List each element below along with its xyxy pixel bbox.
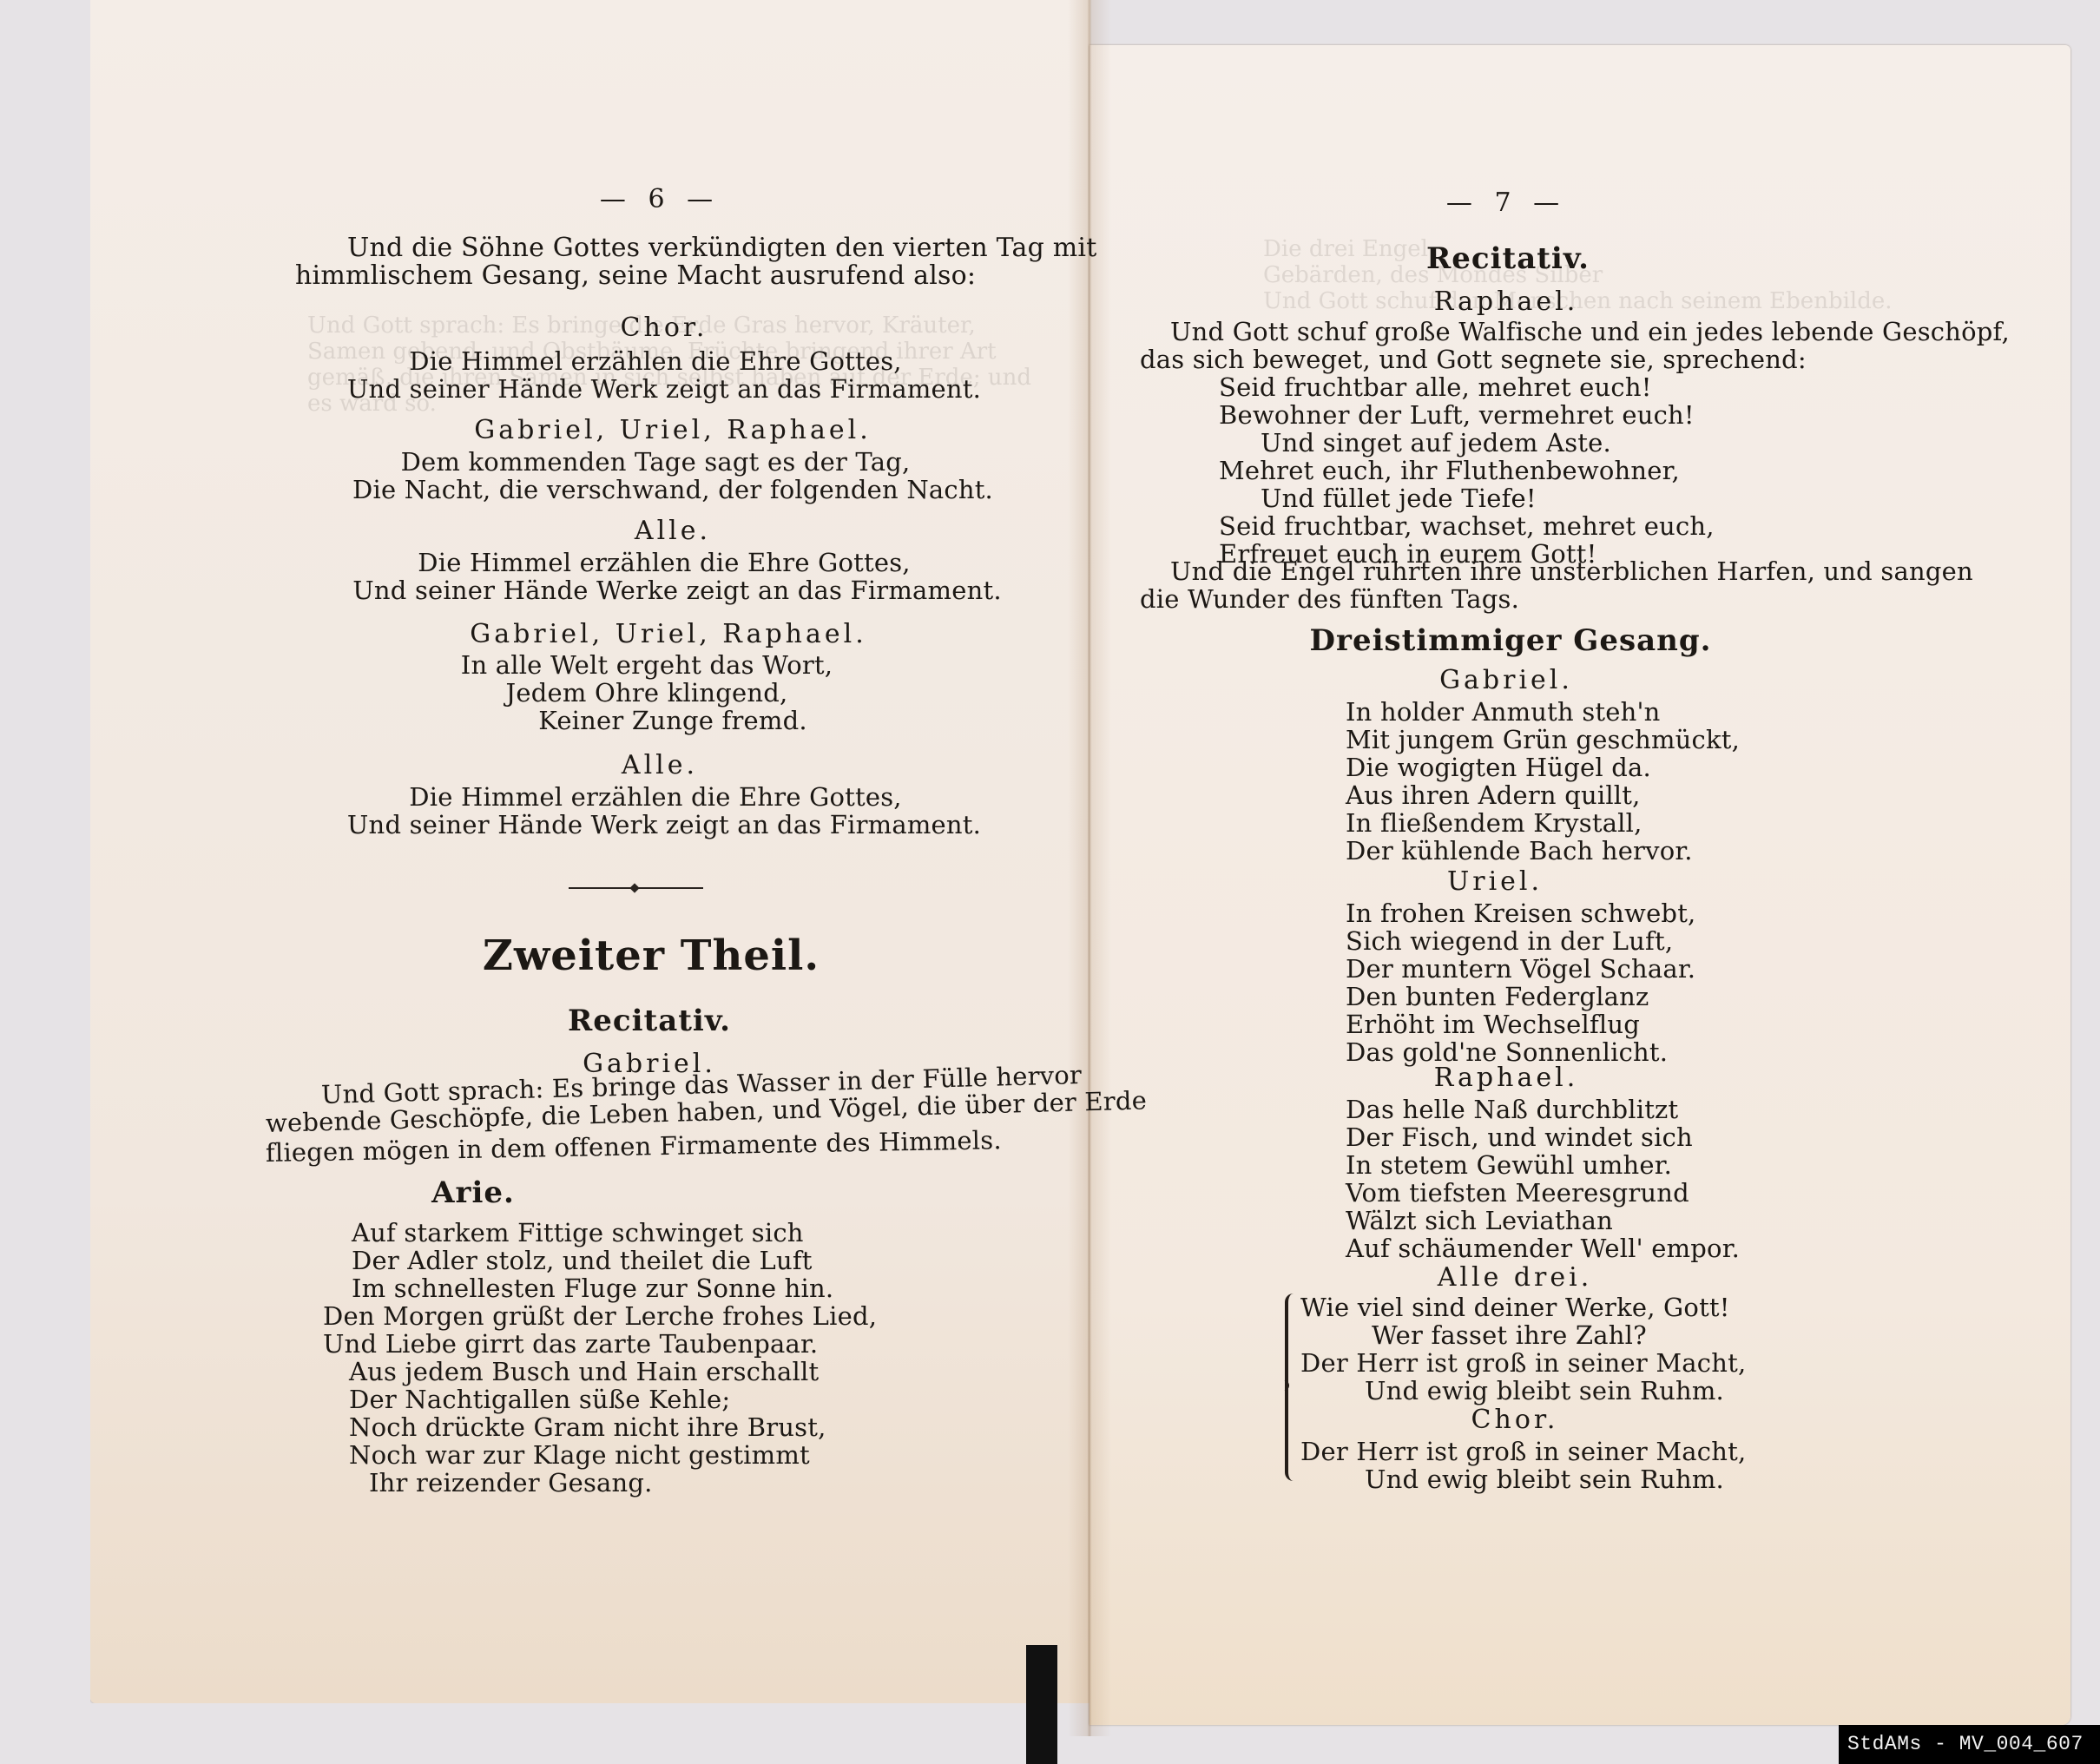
verse-line: Und seiner Hände Werke zeigt an das Firm… (352, 576, 1002, 604)
verse-line: Und füllet jede Tiefe! (1261, 484, 1537, 512)
verse-line: Und seiner Hände Werk zeigt an das Firma… (347, 811, 981, 839)
verse-line: Den bunten Federglanz (1346, 983, 1649, 1010)
page-number-left: — 6 — (600, 186, 720, 214)
verse-line: Der kühlende Bach hervor. (1346, 837, 1693, 865)
verse-line: Ihr reizender Gesang. (369, 1469, 653, 1497)
prose-line: das sich beweget, und Gott segnete sie, … (1140, 346, 1807, 373)
verse-line: In fließendem Krystall, (1346, 809, 1642, 837)
verse-line: Und Liebe girrt das zarte Taubenpaar. (323, 1330, 818, 1358)
speaker-alle-drei: Alle drei. (1438, 1264, 1593, 1292)
binding-strip (1026, 1645, 1057, 1764)
verse-line: In stetem Gewühl umher. (1346, 1151, 1672, 1179)
verse-line: Der muntern Vögel Schaar. (1346, 955, 1695, 983)
verse-line: Sich wiegend in der Luft, (1346, 927, 1673, 955)
verse-line: In holder Anmuth steh'n (1346, 698, 1661, 726)
verse-line: Mit jungem Grün geschmückt, (1346, 726, 1740, 754)
verse-line: Erhöht im Wechselflug (1346, 1010, 1640, 1038)
verse-line: Keiner Zunge fremd. (538, 707, 807, 734)
verse-line: Und ewig bleibt sein Ruhm. (1365, 1377, 1724, 1405)
verse-line: Mehret euch, ihr Fluthenbewohner, (1219, 457, 1680, 484)
verse-line: Aus ihren Adern quillt, (1346, 781, 1641, 809)
verse-line: Und seiner Hände Werk zeigt an das Firma… (347, 375, 981, 403)
verse-line: Auf schäumender Well' empor. (1346, 1234, 1740, 1262)
verse-line: Wie viel sind deiner Werke, Gott! (1300, 1293, 1730, 1321)
verse-line: Der Herr ist groß in seiner Macht, (1300, 1349, 1746, 1377)
brace-bracket (1285, 1293, 1297, 1481)
speaker-trio: Gabriel, Uriel, Raphael. (474, 417, 872, 444)
prose-line: Und die Engel rührten ihre unsterblichen… (1170, 557, 1973, 585)
verse-line: Bewohner der Luft, vermehret euch! (1219, 401, 1695, 429)
page-number-right: — 7 — (1446, 189, 1566, 217)
heading-recitativ: Recitativ. (568, 1007, 731, 1035)
archive-label: StdAMs - MV_004_607 (1839, 1725, 2100, 1764)
verse-line: Noch drückte Gram nicht ihre Brust, (349, 1413, 826, 1441)
verse-line: Der Fisch, und windet sich (1346, 1123, 1693, 1151)
verse-line: Der Herr ist groß in seiner Macht, (1300, 1438, 1746, 1465)
verse-line: Noch war zur Klage nicht gestimmt (349, 1441, 810, 1469)
verse-line: Den Morgen grüßt der Lerche frohes Lied, (323, 1302, 877, 1330)
heading-arie: Arie. (431, 1179, 515, 1207)
verse-line: Wälzt sich Leviathan (1346, 1207, 1613, 1234)
verse-line: In frohen Kreisen schwebt, (1346, 899, 1695, 927)
speaker-alle: Alle. (622, 752, 698, 780)
speaker-gabriel: Gabriel. (1439, 667, 1573, 694)
verse-line: Die wogigten Hügel da. (1346, 754, 1651, 781)
prose-line: die Wunder des fünften Tags. (1140, 585, 1519, 613)
speaker-raphael: Raphael. (1434, 1064, 1578, 1092)
speaker-raphael: Raphael. (1434, 288, 1578, 316)
prose-line: Und Gott schuf große Walfische und ein j… (1170, 318, 2010, 346)
speaker-alle: Alle. (635, 517, 711, 545)
intro-line: Und die Söhne Gottes verkündigten den vi… (347, 234, 1096, 262)
verse-line: Wer fasset ihre Zahl? (1372, 1321, 1647, 1349)
verse-line: Dem kommenden Tage sagt es der Tag, (401, 448, 911, 476)
speaker-chor: Chor. (1471, 1406, 1559, 1434)
verse-line: Der Nachtigallen süße Kehle; (349, 1386, 730, 1413)
verse-line: Die Himmel erzählen die Ehre Gottes, (409, 783, 901, 811)
verse-line: In alle Welt ergeht das Wort, (461, 651, 833, 679)
verse-line: Aus jedem Busch und Hain erschallt (349, 1358, 819, 1386)
verse-line: Die Himmel erzählen die Ehre Gottes, (418, 549, 910, 576)
speaker-chor: Chor. (621, 314, 708, 342)
verse-line: Seid fruchtbar, wachset, mehret euch, (1219, 512, 1715, 540)
verse-line: Das helle Naß durchblitzt (1346, 1096, 1678, 1123)
speaker-uriel: Uriel. (1447, 868, 1543, 896)
verse-line: Und singet auf jedem Aste. (1261, 429, 1611, 457)
intro-line: himmlischem Gesang, seine Macht ausrufen… (295, 262, 976, 290)
verse-line: Die Nacht, die verschwand, der folgenden… (352, 476, 993, 504)
speaker-trio: Gabriel, Uriel, Raphael. (470, 621, 867, 648)
section-divider (569, 887, 703, 889)
verse-line: Der Adler stolz, und theilet die Luft (352, 1247, 813, 1274)
verse-line: Die Himmel erzählen die Ehre Gottes, (409, 347, 901, 375)
verse-line: Und ewig bleibt sein Ruhm. (1365, 1465, 1724, 1493)
heading-recitativ: Recitativ. (1426, 245, 1590, 273)
verse-line: Im schnellesten Fluge zur Sonne hin. (352, 1274, 833, 1302)
verse-line: Auf starkem Fittige schwinget sich (352, 1219, 804, 1247)
verse-line: Vom tiefsten Meeresgrund (1346, 1179, 1689, 1207)
part-title: Zweiter Theil. (483, 942, 820, 970)
verse-line: Seid fruchtbar alle, mehret euch! (1219, 373, 1652, 401)
verse-line: Jedem Ohre klingend, (506, 679, 788, 707)
heading-trio-song: Dreistimmiger Gesang. (1310, 627, 1712, 655)
